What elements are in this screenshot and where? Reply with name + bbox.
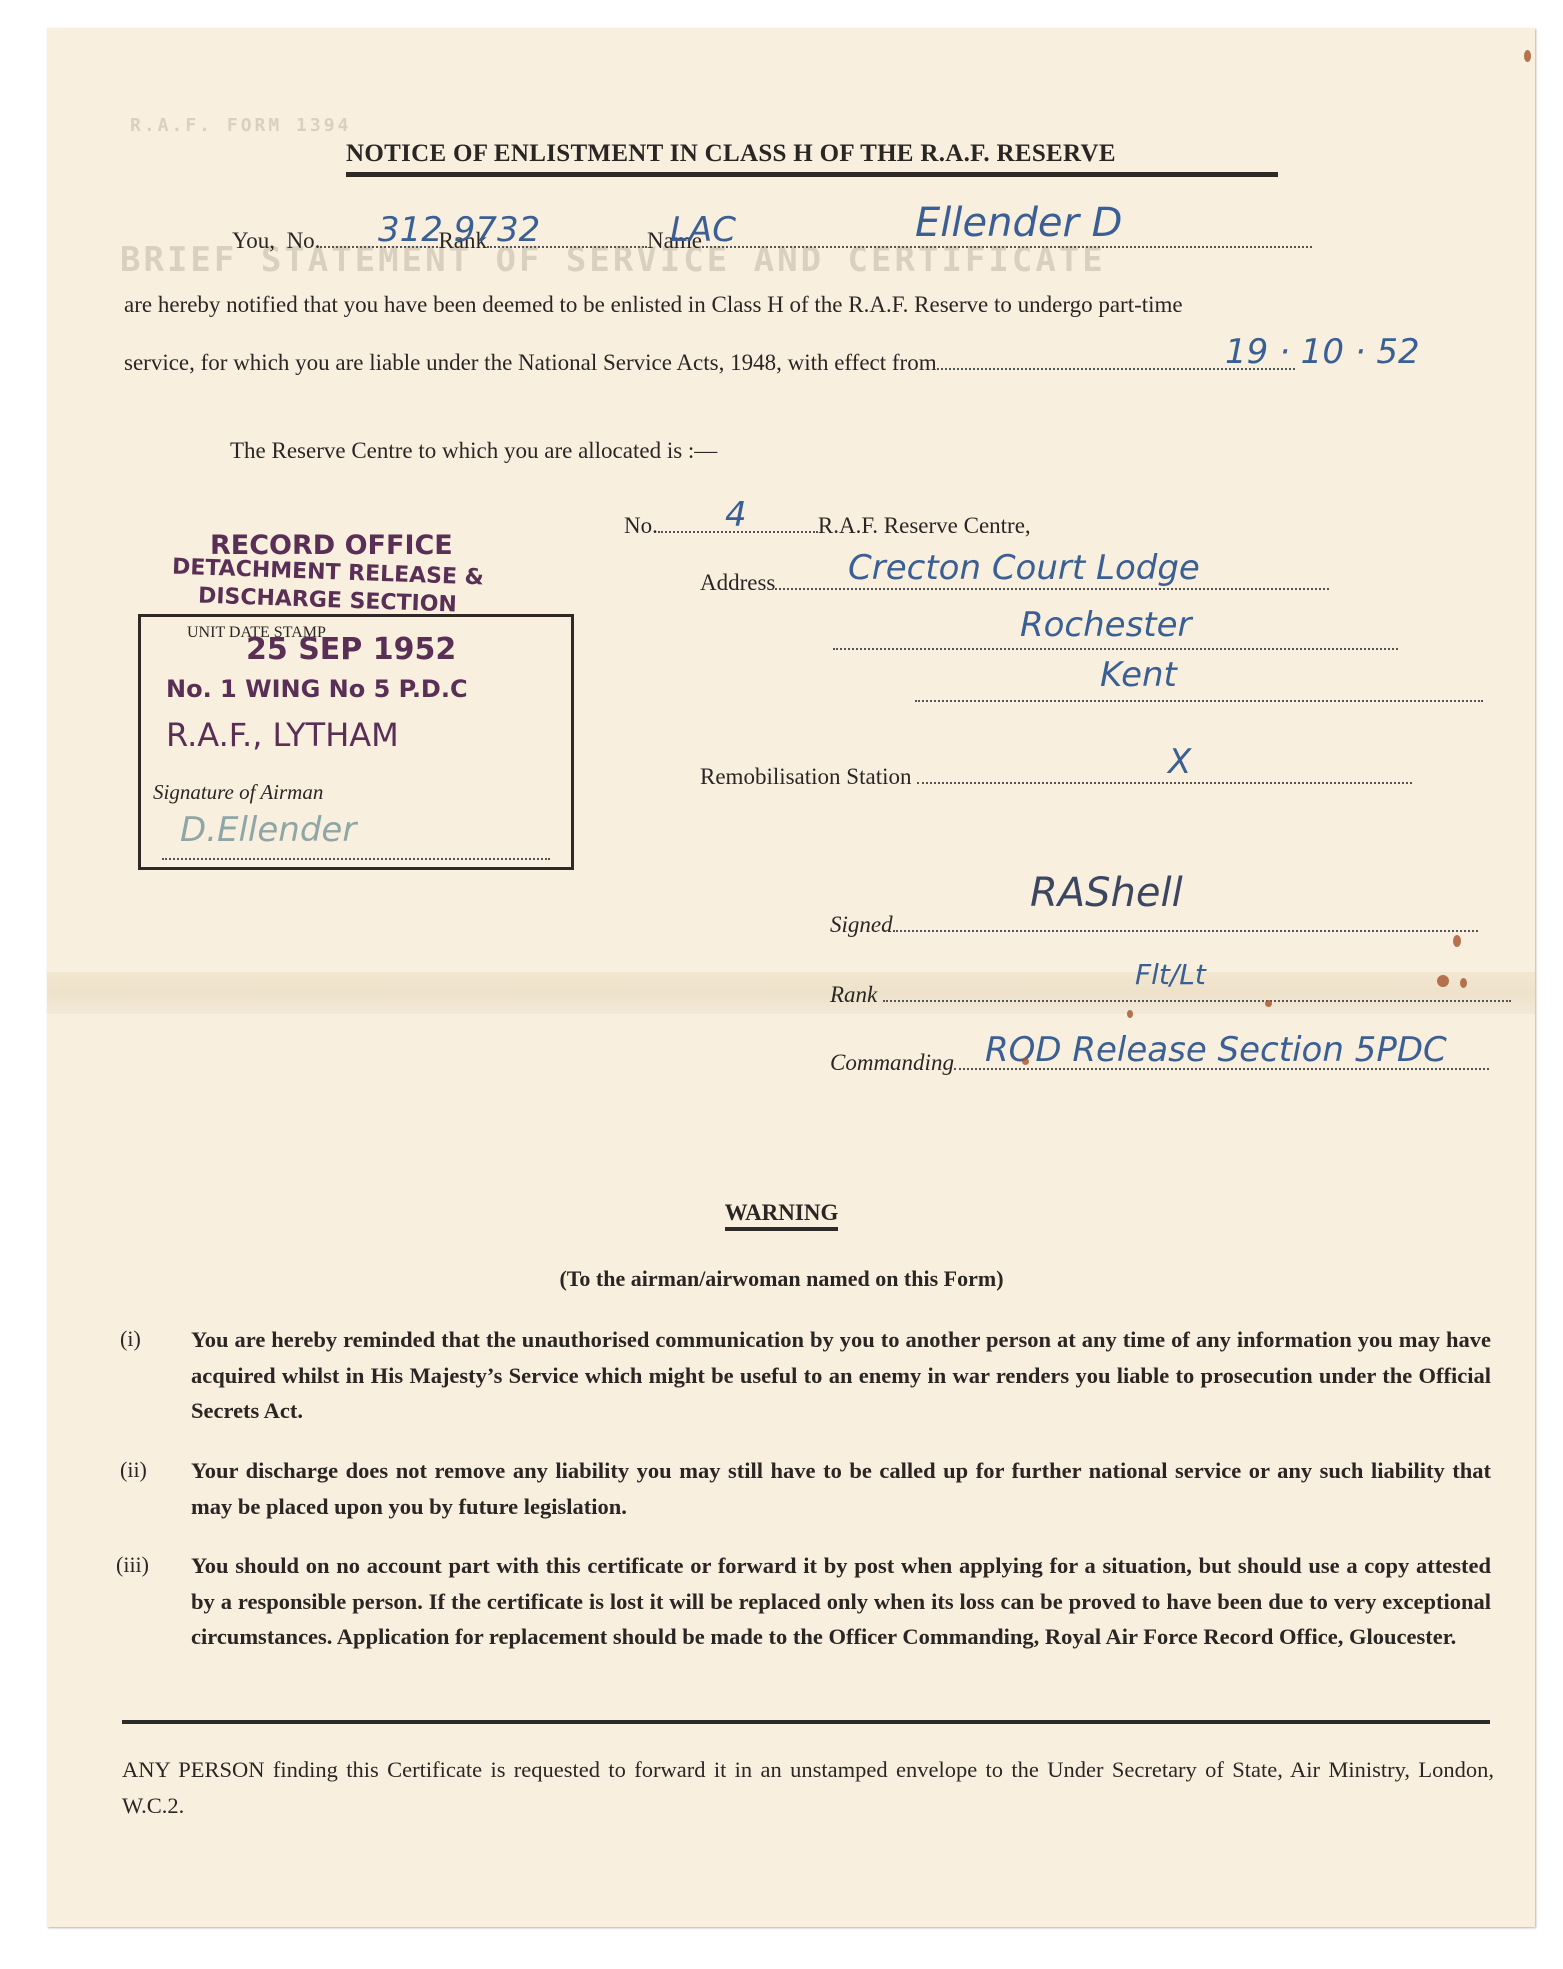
stain [1460,978,1467,988]
reserve-number-label: No. [624,513,658,538]
title-underline [346,172,1278,177]
airman-signature-label: Signature of Airman [153,780,323,805]
remobilisation-field[interactable] [917,764,1412,784]
remobilisation-value: X [1168,742,1191,782]
intro-line-3: service, for which you are liable under … [124,350,1295,376]
officer-rank-value: Flt/Lt [1135,958,1206,991]
stain [1265,1000,1272,1007]
remobilisation-line: Remobilisation Station [700,764,1412,790]
warning-item-text: You are hereby reminded that the unautho… [191,1322,1491,1429]
page-title: NOTICE OF ENLISTMENT IN CLASS H OF THE R… [346,140,1116,168]
warning-subtitle: (To the airman/airwoman named on this Fo… [0,1266,1563,1292]
officer-signature-value: RAShell [1030,870,1183,916]
commanding-value: ROD Release Section 5PDC [985,1030,1447,1070]
stamp-wing: No. 1 WING No 5 P.D.C [166,675,468,703]
signed-field[interactable] [893,912,1478,932]
warning-item-number: (i) [120,1326,141,1352]
reserve-number-value: 4 [725,495,747,535]
stain [1437,975,1449,987]
address-value-3: Kent [1100,655,1177,695]
footer-rule [122,1720,1490,1724]
signed-label: Signed [830,912,893,937]
footer-text: ANY PERSON finding this Certificate is r… [122,1752,1494,1823]
service-number-value: 312 9732 [378,210,540,250]
warning-item-text: You should on no account part with this … [191,1548,1491,1655]
stain [1453,935,1461,947]
officer-rank-label: Rank [830,982,877,1007]
warning-heading: WARNING [725,1200,839,1231]
commanding-label: Commanding [830,1050,954,1075]
reserve-centre-label: R.A.F. Reserve Centre, [818,513,1031,538]
intro-line-2: are hereby notified that you have been d… [124,292,1183,318]
stain [1022,1058,1029,1065]
stamp-station: R.A.F., LYTHAM [166,716,399,754]
name-value: Ellender D [915,200,1122,246]
effect-date-value: 19 · 10 · 52 [1225,332,1420,372]
ghost-form-number: R.A.F. FORM 1394 [130,115,351,136]
remobilisation-label: Remobilisation Station [700,764,911,789]
stamp-date: 25 SEP 1952 [246,632,456,667]
airman-signature-value: D.Ellender [180,810,356,850]
reserve-number-line: No.R.A.F. Reserve Centre, [624,513,1031,539]
reserve-intro: The Reserve Centre to which you are allo… [230,438,717,464]
stain [1127,1010,1133,1018]
intro-line-3-text: service, for which you are liable under … [124,350,937,375]
warning-heading-wrap: WARNING [0,1200,1563,1226]
address-field-3[interactable] [915,682,1483,702]
address-value-1: Crecton Court Lodge [848,548,1200,588]
warning-item-text: Your discharge does not remove any liabi… [191,1453,1491,1524]
address-value-2: Rochester [1020,605,1192,645]
you-label: You, [232,228,275,253]
rank-value: LAC [670,210,736,250]
stain [1524,50,1531,62]
address-label: Address [700,570,775,595]
warning-item-number: (iii) [116,1552,149,1578]
service-number-label: No. [287,228,321,253]
warning-item-number: (ii) [120,1457,147,1483]
